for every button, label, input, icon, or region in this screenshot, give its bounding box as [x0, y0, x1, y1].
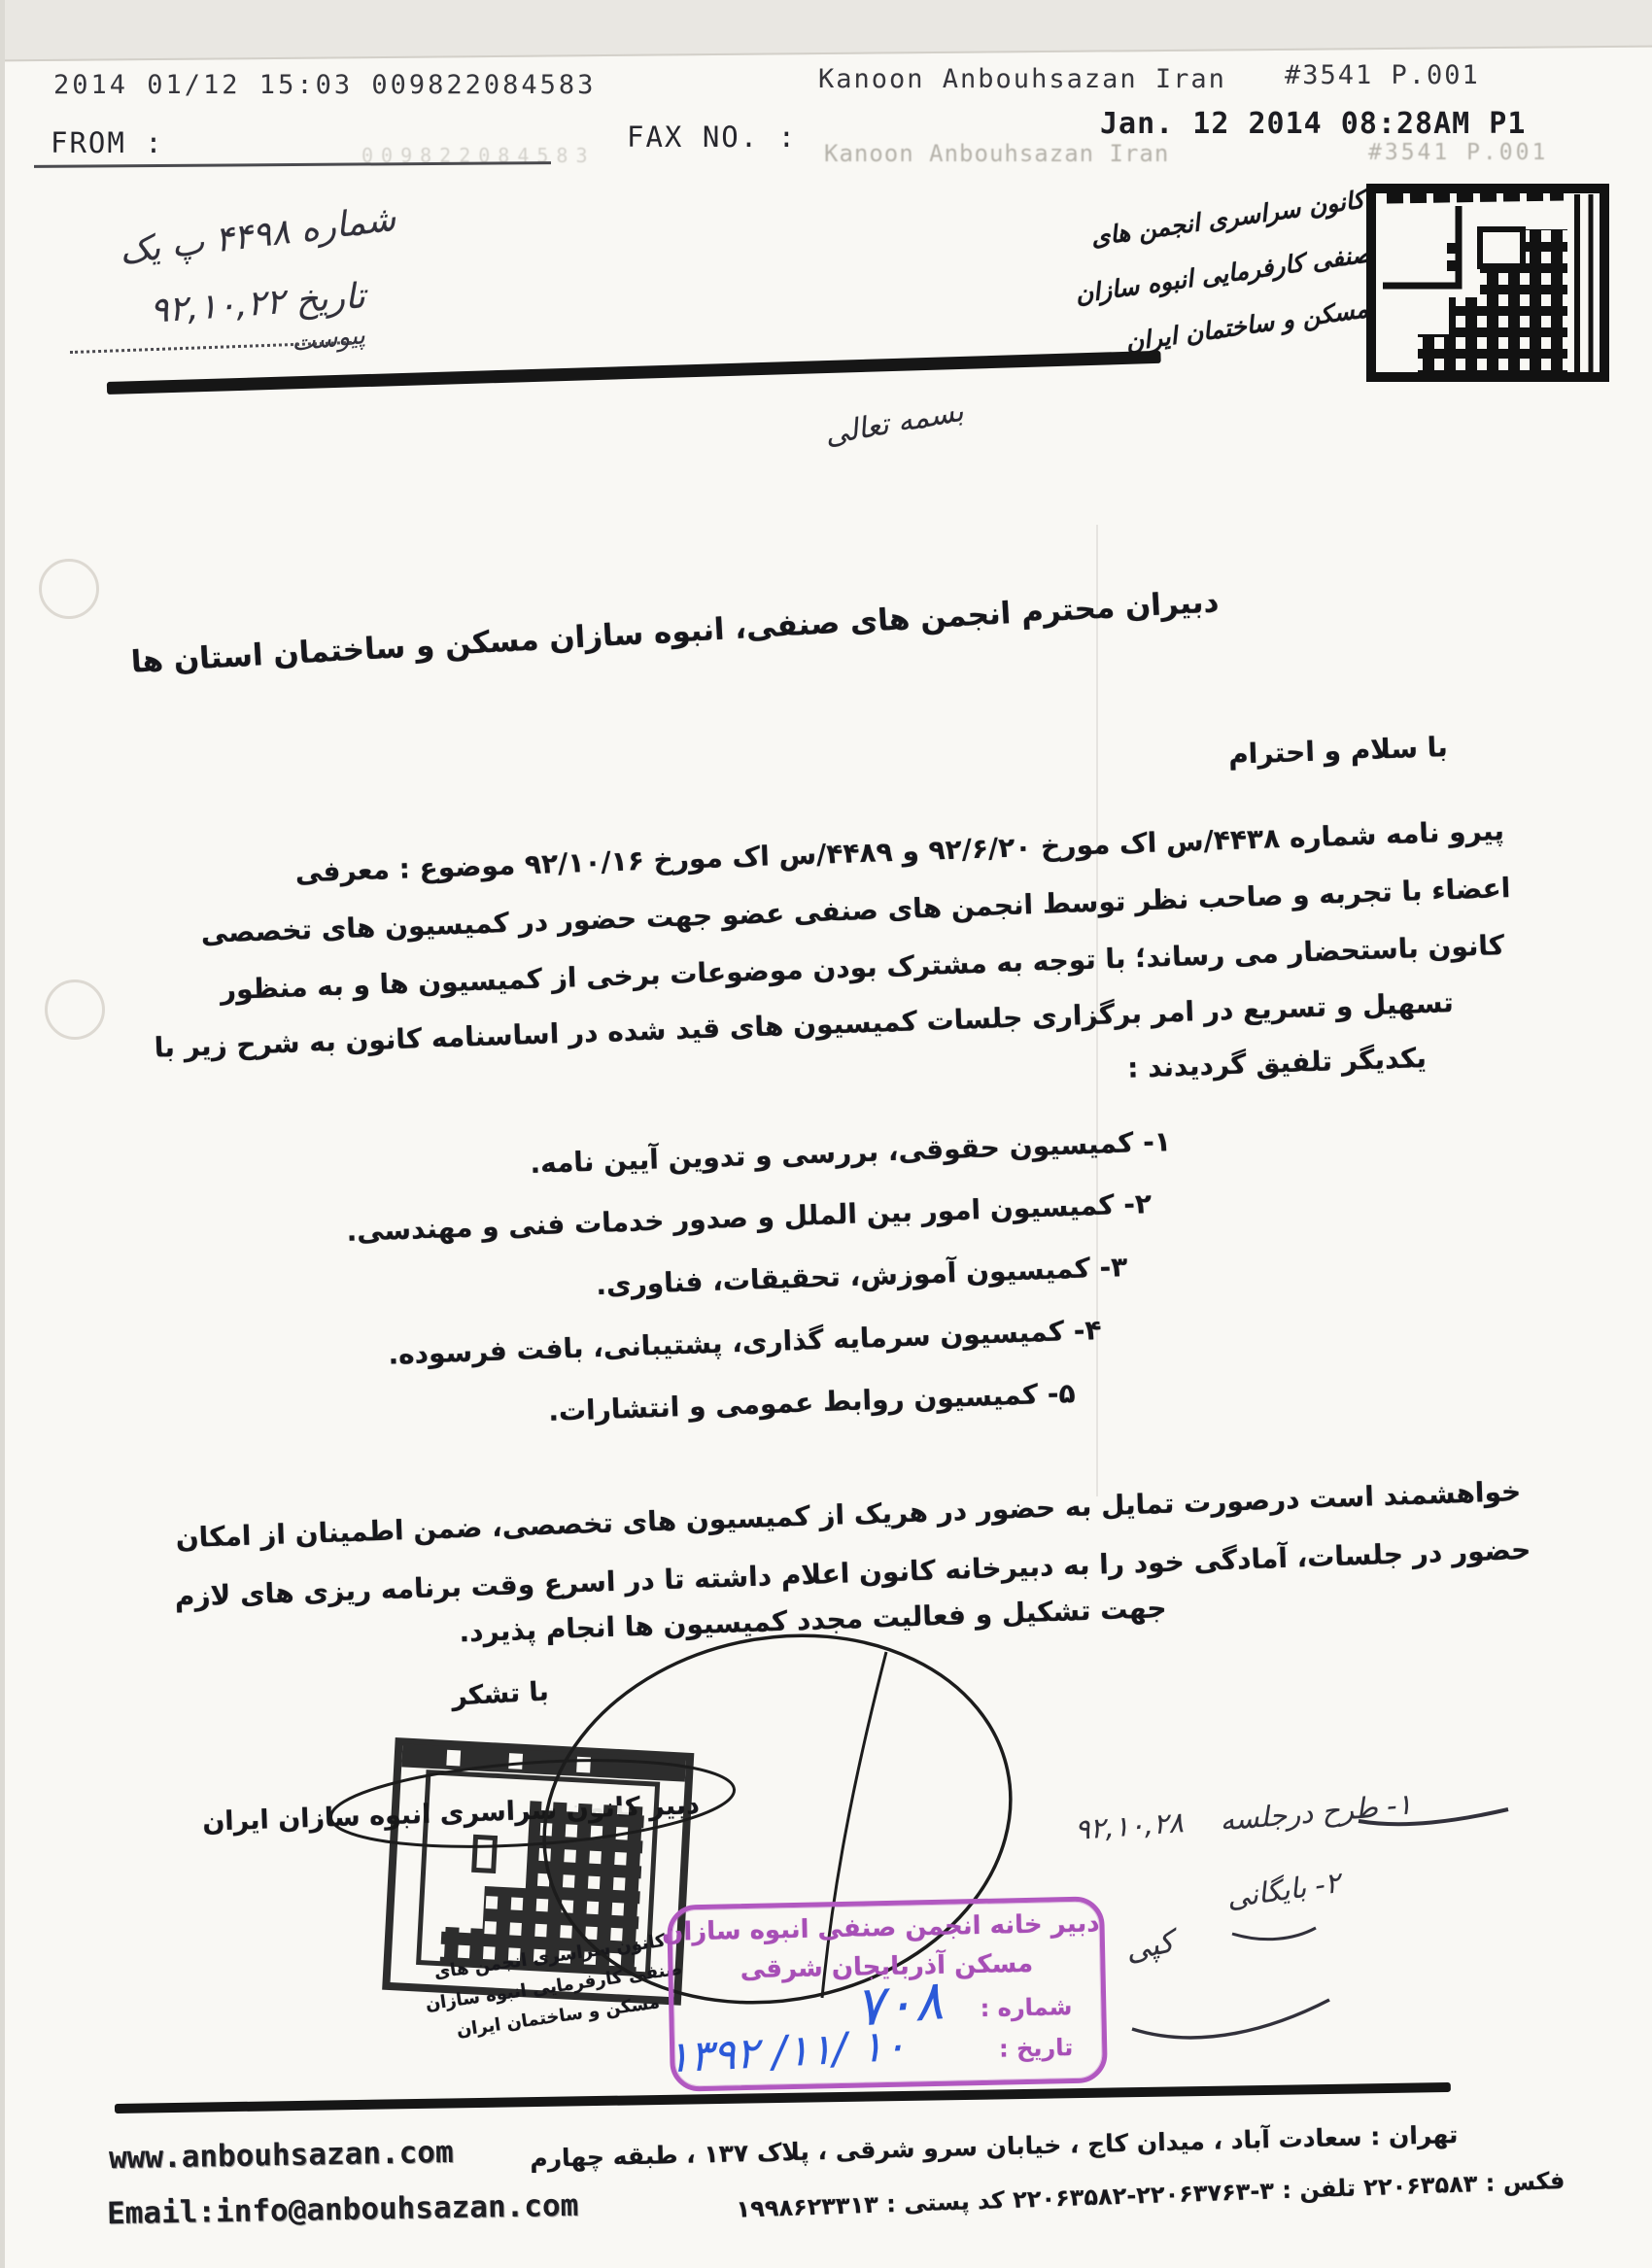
footer-contacts: فکس : ۲۲۰۶۳۵۸۳ تلفن : ۳-۲۲۰۶۳۷۶۳-۲۲۰۶۳۵۸… — [736, 2167, 1566, 2223]
routing-note-2: ۲- بایگانی — [1224, 1866, 1342, 1914]
secretariat-stamp-number-label: شماره : — [980, 1993, 1072, 2022]
footer-website: www.anbouhsazan.com — [109, 2135, 454, 2176]
recipient-line: دبیران محترم انجمن های صنفی، انبوه سازان… — [287, 584, 1221, 671]
commission-item: ۳- کمیسیون آموزش، تحقیقات، فناوری. — [595, 1251, 1127, 1301]
fax-ghost-counter: #3541 P.001 — [1368, 140, 1548, 165]
fax-no-label: FAX NO. : — [627, 120, 797, 154]
hole-punch — [39, 559, 99, 619]
thanks-line: با تشکر — [451, 1676, 549, 1711]
registry-attachment-note: پیوست — [291, 321, 367, 358]
hole-punch — [45, 979, 105, 1040]
footer-email: Email:info@anbouhsazan.com — [107, 2188, 579, 2231]
besmele: بسمه تعالی — [822, 395, 966, 453]
routing-scribble: کپی — [1122, 1924, 1177, 1969]
scanned-page: 2014 01/12 15:03 009822084583 Kanoon Anb… — [0, 0, 1652, 2268]
fax-ghost-station: Kanoon Anbouhsazan Iran — [824, 140, 1169, 167]
secretariat-stamp-line1: دبیر خانه انجمن صنفی انبوه سازان — [671, 1908, 1100, 1946]
commission-item: ۲- کمیسیون امور بین الملل و صدور خدمات ف… — [346, 1187, 1153, 1248]
fax-station-name: Kanoon Anbouhsazan Iran — [818, 64, 1226, 94]
fax-date-line: 2014 01/12 15:03 009822084583 — [53, 70, 596, 100]
commission-item: ۴- کمیسیون سرمایه گذاری، پشتیبانی، بافت … — [387, 1314, 1101, 1371]
header-divider — [107, 351, 1161, 395]
closing-line: جهت تشکیل و فعالیت مجدد کمیسیون ها انجام… — [458, 1592, 1166, 1648]
scan-top-band — [0, 0, 1652, 62]
secretariat-stamp-date-label: تاریخ : — [999, 2034, 1074, 2063]
org-logo-icon — [1365, 183, 1613, 385]
routing-note-1: ۱- طرح درجلسه — [1219, 1787, 1413, 1837]
fax-page-counter: #3541 P.001 — [1285, 60, 1480, 90]
scan-left-edge — [0, 0, 5, 2268]
registry-number-note: شماره ۴۴۹۸ پ یک — [91, 195, 424, 275]
routing-note-date: ۹۲,۱۰,۲۸ — [1074, 1805, 1185, 1846]
salutation: با سلام و احترام — [1228, 731, 1449, 771]
body-line: یکدیگر تلفیق گردیدند : — [1127, 1042, 1428, 1084]
footer-address: تهران : سعادت آباد ، میدان کاج ، خیابان … — [530, 2120, 1459, 2173]
fax-from-label: FROM : — [51, 126, 164, 159]
registry-date-note: تاریخ ۹۲,۱۰,۲۲ — [91, 272, 424, 335]
fax-timestamp: Jan. 12 2014 08:28AM P1 — [1100, 107, 1526, 141]
commission-item: ۵- کمیسیون روابط عمومی و انتشارات. — [547, 1377, 1075, 1427]
letterhead-org-name: کانون سراسری انجمن های صنفی کارفرمایی ان… — [1096, 173, 1384, 372]
commission-item: ۱- کمیسیون حقوقی، بررسی و تدوین آیین نام… — [530, 1125, 1172, 1180]
